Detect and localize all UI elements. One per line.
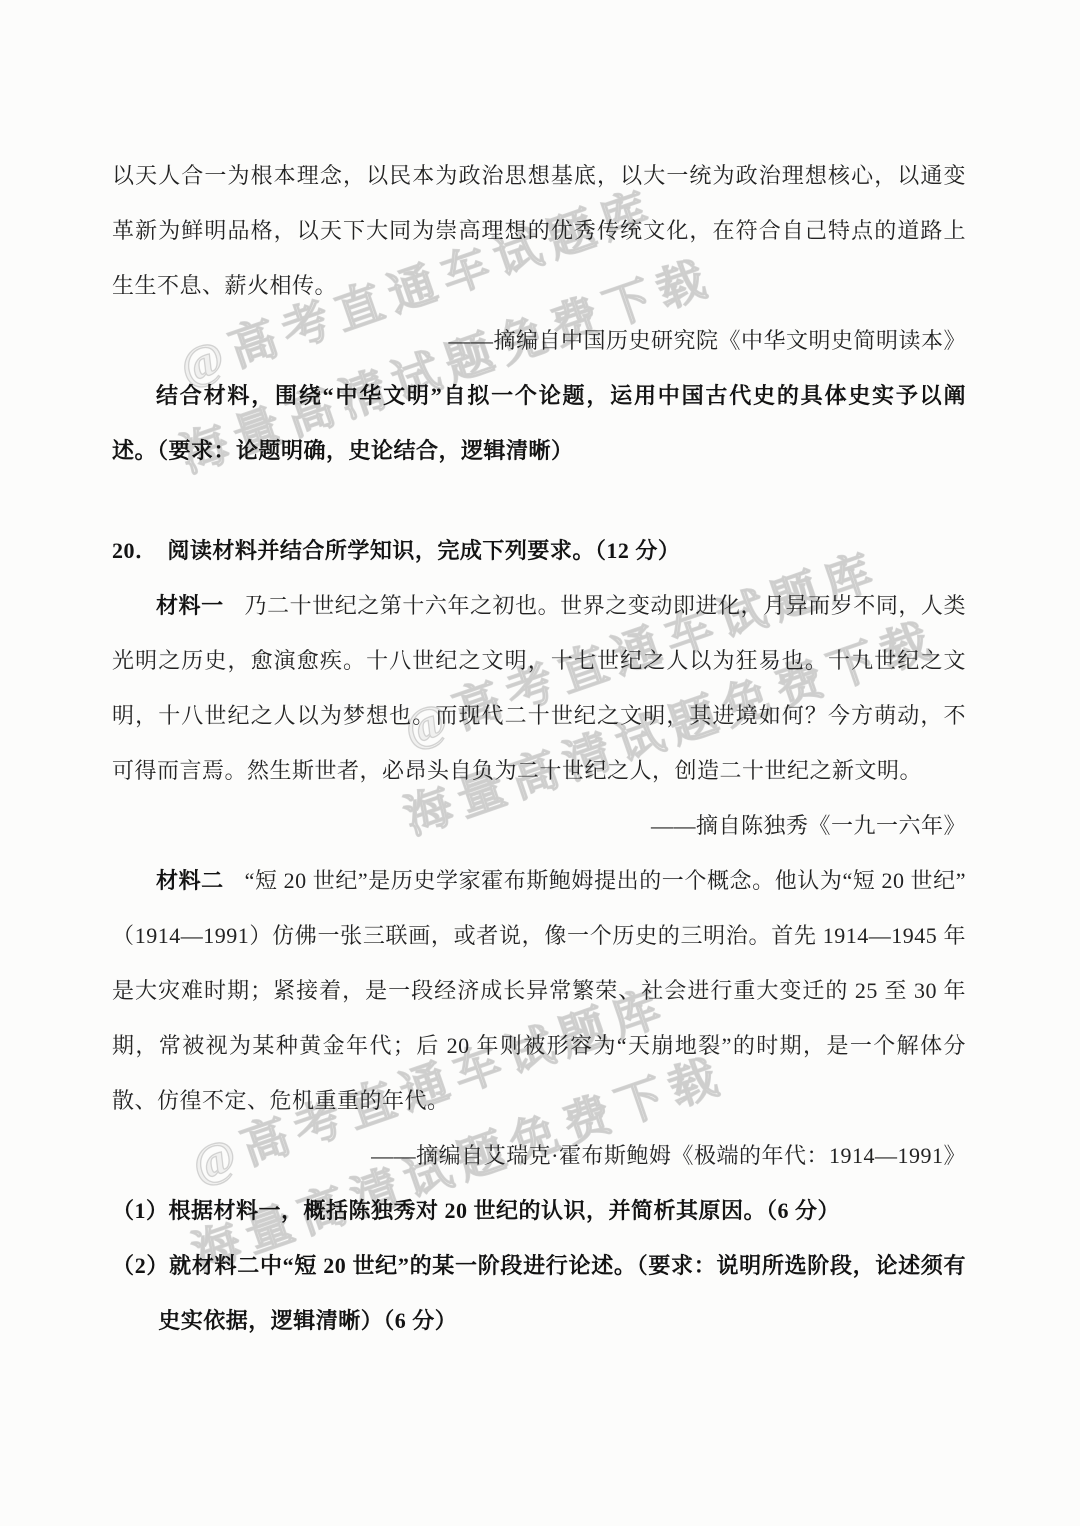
subq1-number: （1） (112, 1198, 169, 1223)
material1-label: 材料一 (156, 593, 224, 618)
q20-stem-text: 阅读材料并结合所学知识，完成下列要求。（12 分） (167, 538, 680, 563)
material1-source: ——摘自陈独秀《一九一六年》 (112, 798, 966, 853)
material2-label: 材料二 (156, 868, 224, 893)
exam-page: @高考直通车试题库 海量高清试题免费下载 @高考直通车试题库 海量高清试题免费下… (0, 0, 1080, 1526)
material2-source: ——摘编自艾瑞克·霍布斯鲍姆《极端的年代：1914—1991》 (112, 1128, 966, 1183)
q19-task-text: 结合材料，围绕“中华文明”自拟一个论题，运用中国古代史的具体史实予以阐述。（要求… (112, 368, 966, 478)
q20-subquestion-2: （2）就材料二中“短 20 世纪”的某一阶段进行论述。（要求：说明所选阶段，论述… (112, 1238, 966, 1348)
material1-text: 乃二十世纪之第十六年之初也。世界之变动即进化，月异而岁不同，人类光明之历史，愈演… (112, 593, 966, 783)
q19-material-continuation: 以天人合一为根本理念，以民本为政治思想基底，以大一统为政治理想核心，以通变革新为… (112, 148, 966, 313)
q20-material2-paragraph: 材料二“短 20 世纪”是历史学家霍布斯鲍姆提出的一个概念。他认为“短 20 世… (112, 853, 966, 1128)
subq2-text: 就材料二中“短 20 世纪”的某一阶段进行论述。（要求：说明所选阶段，论述须有史… (158, 1253, 966, 1333)
subq1-text: 根据材料一，概括陈独秀对 20 世纪的认识，并简析其原因。（6 分） (169, 1198, 841, 1223)
q20-stem: 20．阅读材料并结合所学知识，完成下列要求。（12 分） (112, 523, 966, 578)
q20-number: 20． (112, 538, 158, 563)
subq2-number: （2） (112, 1253, 169, 1278)
q19-material-source: ——摘编自中国历史研究院《中华文明史简明读本》 (112, 313, 966, 368)
material2-text: “短 20 世纪”是历史学家霍布斯鲍姆提出的一个概念。他认为“短 20 世纪”（… (112, 868, 966, 1113)
q20-subquestion-1: （1）根据材料一，概括陈独秀对 20 世纪的认识，并简析其原因。（6 分） (112, 1183, 966, 1238)
exam-content: 以天人合一为根本理念，以民本为政治思想基底，以大一统为政治理想核心，以通变革新为… (112, 148, 966, 1348)
q20-material1-paragraph: 材料一乃二十世纪之第十六年之初也。世界之变动即进化，月异而岁不同，人类光明之历史… (112, 578, 966, 798)
